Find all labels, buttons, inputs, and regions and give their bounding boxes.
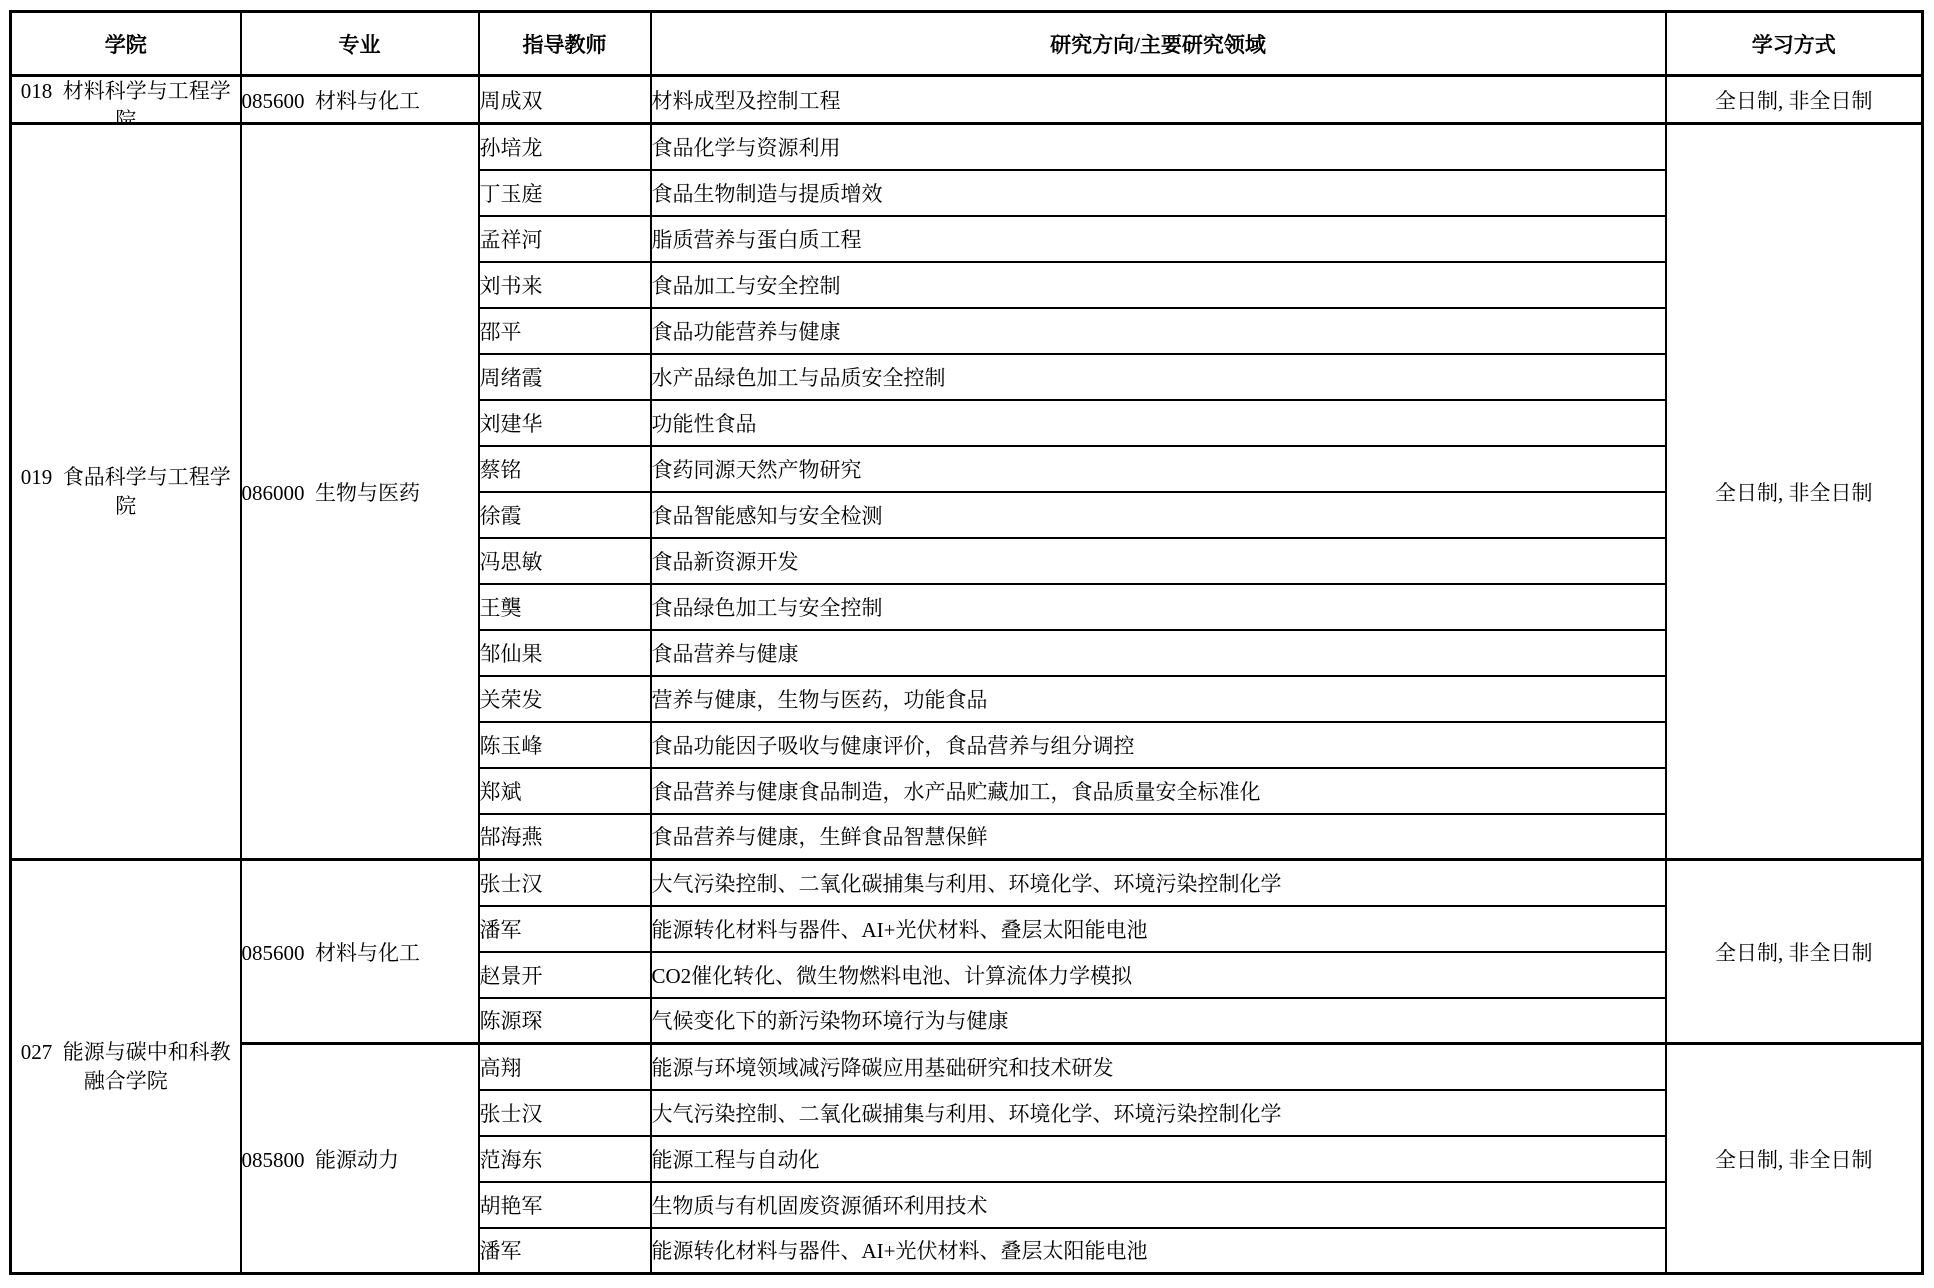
advisor-cell: 周成双 xyxy=(479,76,651,124)
research-cell: 功能性食品 xyxy=(651,400,1666,446)
research-cell: 食品新资源开发 xyxy=(651,538,1666,584)
research-cell: 水产品绿色加工与品质安全控制 xyxy=(651,354,1666,400)
page: 学院 专业 指导教师 研究方向/主要研究领域 学习方式 018 材料科学与工程学… xyxy=(0,0,1934,1288)
table-row: 085800 能源动力高翔能源与环境领域减污降碳应用基础研究和技术研发全日制, … xyxy=(11,1044,1923,1090)
research-cell: 食品加工与安全控制 xyxy=(651,262,1666,308)
study-mode-cell: 全日制, 非全日制 xyxy=(1666,1044,1923,1274)
table-row: 019 食品科学与工程学院086000 生物与医药孙培龙食品化学与资源利用全日制… xyxy=(11,124,1923,170)
major-cell: 085800 能源动力 xyxy=(241,1044,479,1274)
research-cell: 能源转化材料与器件、AI+光伏材料、叠层太阳能电池 xyxy=(651,1228,1666,1274)
graduate-advisor-table: 学院 专业 指导教师 研究方向/主要研究领域 学习方式 018 材料科学与工程学… xyxy=(9,10,1924,1275)
research-cell: 食品生物制造与提质增效 xyxy=(651,170,1666,216)
research-cell: 脂质营养与蛋白质工程 xyxy=(651,216,1666,262)
study-mode-cell: 全日制, 非全日制 xyxy=(1666,860,1923,1044)
research-cell: 食品智能感知与安全检测 xyxy=(651,492,1666,538)
research-cell: 食品功能营养与健康 xyxy=(651,308,1666,354)
college-name: 019 食品科学与工程学院 xyxy=(12,463,240,521)
advisor-cell: 胡艳军 xyxy=(479,1182,651,1228)
advisor-cell: 周绪霞 xyxy=(479,354,651,400)
research-cell: 食品绿色加工与安全控制 xyxy=(651,584,1666,630)
advisor-cell: 刘书来 xyxy=(479,262,651,308)
advisor-cell: 张士汉 xyxy=(479,860,651,906)
research-cell: 大气污染控制、二氧化碳捕集与利用、环境化学、环境污染控制化学 xyxy=(651,860,1666,906)
advisor-cell: 郜海燕 xyxy=(479,814,651,860)
header-advisor: 指导教师 xyxy=(479,12,651,76)
research-cell: 能源工程与自动化 xyxy=(651,1136,1666,1182)
header-research: 研究方向/主要研究领域 xyxy=(651,12,1666,76)
advisor-cell: 郑斌 xyxy=(479,768,651,814)
study-mode-cell: 全日制, 非全日制 xyxy=(1666,124,1923,860)
research-cell: 食品营养与健康，生鲜食品智慧保鲜 xyxy=(651,814,1666,860)
college-cell: 019 食品科学与工程学院 xyxy=(11,124,241,860)
college-cell: 018 材料科学与工程学院 xyxy=(11,76,241,124)
header-study-mode: 学习方式 xyxy=(1666,12,1923,76)
advisor-cell: 孟祥河 xyxy=(479,216,651,262)
table-row: 018 材料科学与工程学院085600 材料与化工周成双材料成型及控制工程全日制… xyxy=(11,76,1923,124)
research-cell: 材料成型及控制工程 xyxy=(651,76,1666,124)
research-cell: 食药同源天然产物研究 xyxy=(651,446,1666,492)
advisor-cell: 刘建华 xyxy=(479,400,651,446)
advisor-cell: 潘军 xyxy=(479,1228,651,1274)
research-cell: 食品营养与健康 xyxy=(651,630,1666,676)
advisor-cell: 关荣发 xyxy=(479,676,651,722)
advisor-cell: 孙培龙 xyxy=(479,124,651,170)
advisor-cell: 徐霞 xyxy=(479,492,651,538)
advisor-cell: 张士汉 xyxy=(479,1090,651,1136)
research-cell: 能源转化材料与器件、AI+光伏材料、叠层太阳能电池 xyxy=(651,906,1666,952)
table-row: 027 能源与碳中和科教融合学院085600 材料与化工张士汉大气污染控制、二氧… xyxy=(11,860,1923,906)
header-row: 学院 专业 指导教师 研究方向/主要研究领域 学习方式 xyxy=(11,12,1923,76)
major-cell: 085600 材料与化工 xyxy=(241,860,479,1044)
advisor-cell: 范海东 xyxy=(479,1136,651,1182)
header-major: 专业 xyxy=(241,12,479,76)
research-cell: 大气污染控制、二氧化碳捕集与利用、环境化学、环境污染控制化学 xyxy=(651,1090,1666,1136)
major-cell: 085600 材料与化工 xyxy=(241,76,479,124)
advisor-cell: 王龑 xyxy=(479,584,651,630)
table-body: 018 材料科学与工程学院085600 材料与化工周成双材料成型及控制工程全日制… xyxy=(11,76,1923,1274)
research-cell: 食品化学与资源利用 xyxy=(651,124,1666,170)
research-cell: 生物质与有机固废资源循环利用技术 xyxy=(651,1182,1666,1228)
research-cell: 能源与环境领域减污降碳应用基础研究和技术研发 xyxy=(651,1044,1666,1090)
advisor-cell: 陈玉峰 xyxy=(479,722,651,768)
college-cell: 027 能源与碳中和科教融合学院 xyxy=(11,860,241,1274)
research-cell: 食品功能因子吸收与健康评价，食品营养与组分调控 xyxy=(651,722,1666,768)
college-name: 018 材料科学与工程学院 xyxy=(12,77,240,122)
research-cell: CO2催化转化、微生物燃料电池、计算流体力学模拟 xyxy=(651,952,1666,998)
advisor-cell: 陈源琛 xyxy=(479,998,651,1044)
advisor-cell: 邵平 xyxy=(479,308,651,354)
research-cell: 营养与健康，生物与医药，功能食品 xyxy=(651,676,1666,722)
advisor-cell: 高翔 xyxy=(479,1044,651,1090)
college-name: 027 能源与碳中和科教融合学院 xyxy=(12,1038,240,1096)
major-cell: 086000 生物与医药 xyxy=(241,124,479,860)
advisor-cell: 赵景开 xyxy=(479,952,651,998)
advisor-cell: 冯思敏 xyxy=(479,538,651,584)
research-cell: 气候变化下的新污染物环境行为与健康 xyxy=(651,998,1666,1044)
advisor-cell: 潘军 xyxy=(479,906,651,952)
advisor-cell: 丁玉庭 xyxy=(479,170,651,216)
research-cell: 食品营养与健康食品制造，水产品贮藏加工，食品质量安全标准化 xyxy=(651,768,1666,814)
advisor-cell: 蔡铭 xyxy=(479,446,651,492)
advisor-cell: 邹仙果 xyxy=(479,630,651,676)
study-mode-cell: 全日制, 非全日制 xyxy=(1666,76,1923,124)
header-college: 学院 xyxy=(11,12,241,76)
